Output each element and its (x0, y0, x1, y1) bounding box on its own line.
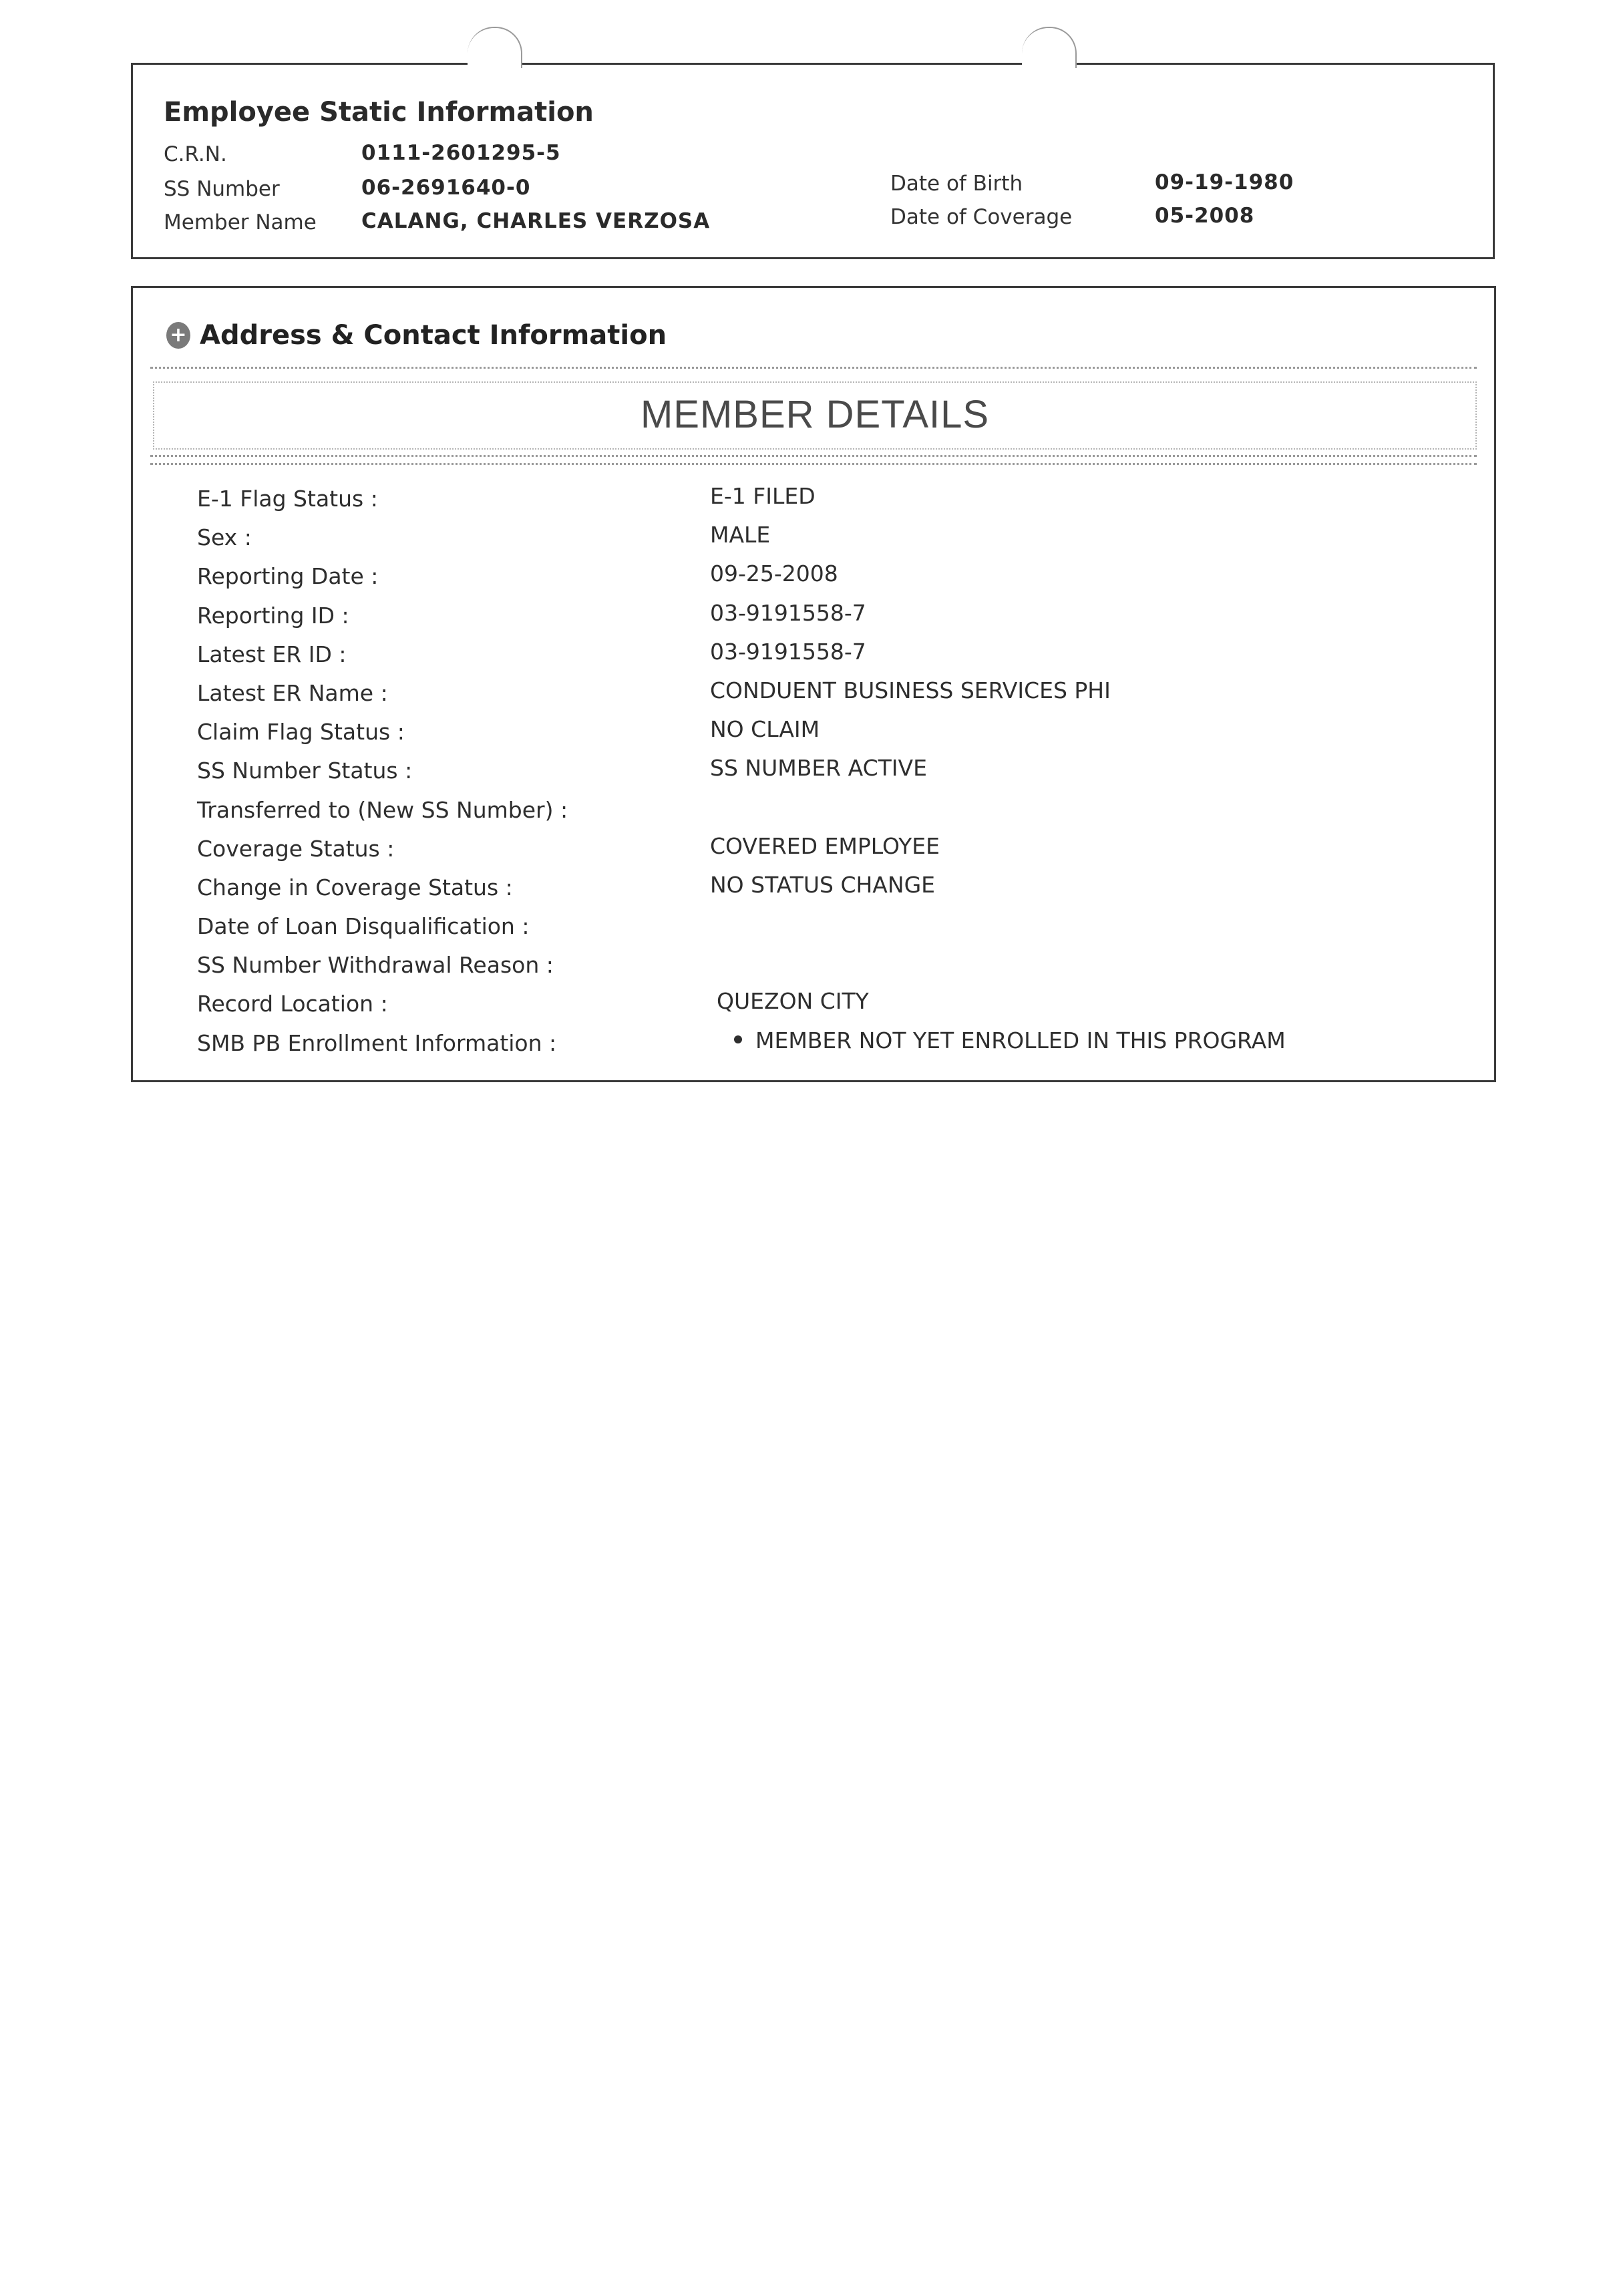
employee-static-panel: Employee Static Information C.R.N. 0111-… (131, 63, 1495, 259)
date-of-birth-label: Date of Birth (890, 172, 1023, 196)
member-name-label: Member Name (164, 210, 317, 234)
detail-label: Latest ER ID : (197, 641, 347, 667)
detail-value: E-1 FILED (710, 483, 816, 509)
detail-row-ss-number-status: SS Number Status : SS NUMBER ACTIVE (197, 758, 1466, 796)
enrollment-bullet-text: MEMBER NOT YET ENROLLED IN THIS PROGRAM (755, 1027, 1286, 1053)
enrollment-bullet-item: MEMBER NOT YET ENROLLED IN THIS PROGRAM (734, 1027, 1286, 1053)
detail-label: SS Number Withdrawal Reason : (197, 952, 554, 978)
plus-circle-icon[interactable]: + (166, 322, 190, 349)
detail-label: Change in Coverage Status : (197, 874, 513, 900)
ss-number-value: 06-2691640-0 (361, 176, 530, 200)
punch-hole-mark (1022, 27, 1077, 68)
detail-value: 03-9191558-7 (710, 639, 866, 665)
punch-hole-mark (468, 27, 522, 68)
detail-label: Record Location : (197, 991, 388, 1017)
detail-row-latest-er-id: Latest ER ID : 03-9191558-7 (197, 641, 1466, 680)
crn-value: 0111-2601295-5 (361, 141, 561, 165)
divider (150, 455, 1477, 457)
detail-row-latest-er-name: Latest ER Name : CONDUENT BUSINESS SERVI… (197, 680, 1466, 719)
address-contact-panel: + Address & Contact Information MEMBER D… (131, 286, 1496, 1082)
detail-row-transferred-to: Transferred to (New SS Number) : (197, 797, 1466, 836)
detail-row-change-in-coverage-status: Change in Coverage Status : NO STATUS CH… (197, 874, 1466, 913)
divider (150, 367, 1477, 369)
detail-row-e1-flag-status: E-1 Flag Status : E-1 FILED (197, 486, 1466, 524)
detail-value: 09-25-2008 (710, 560, 838, 587)
detail-value: CONDUENT BUSINESS SERVICES PHI (710, 677, 1111, 703)
crn-label: C.R.N. (164, 142, 227, 166)
detail-label: Claim Flag Status : (197, 719, 405, 745)
detail-row-sex: Sex : MALE (197, 524, 1466, 563)
divider (150, 463, 1477, 465)
detail-value: NO STATUS CHANGE (710, 872, 935, 898)
detail-row-reporting-date: Reporting Date : 09-25-2008 (197, 563, 1466, 602)
bullet-icon (734, 1035, 742, 1043)
detail-value: 03-9191558-7 (710, 600, 866, 626)
detail-row-date-of-loan-disqualification: Date of Loan Disqualification : (197, 913, 1466, 952)
detail-row-claim-flag-status: Claim Flag Status : NO CLAIM (197, 719, 1466, 758)
detail-row-ss-number-withdrawal-reason: SS Number Withdrawal Reason : (197, 952, 1466, 991)
date-of-coverage-value: 05-2008 (1155, 204, 1254, 228)
detail-value: QUEZON CITY (717, 988, 869, 1014)
detail-label: SS Number Status : (197, 758, 412, 784)
member-name-value: CALANG, CHARLES VERZOSA (361, 209, 710, 233)
detail-row-coverage-status: Coverage Status : COVERED EMPLOYEE (197, 836, 1466, 874)
detail-value: SS NUMBER ACTIVE (710, 755, 927, 781)
date-of-coverage-label: Date of Coverage (890, 205, 1072, 229)
detail-value: NO CLAIM (710, 716, 820, 742)
detail-label: Coverage Status : (197, 836, 394, 862)
member-details-list: E-1 Flag Status : E-1 FILED Sex : MALE R… (197, 486, 1466, 1069)
detail-label: Reporting ID : (197, 603, 349, 629)
ss-number-label: SS Number (164, 177, 280, 201)
detail-label: Sex : (197, 524, 252, 550)
employee-static-title: Employee Static Information (164, 97, 594, 128)
detail-label: Latest ER Name : (197, 680, 388, 706)
member-details-heading-box: MEMBER DETAILS (153, 381, 1477, 450)
date-of-birth-value: 09-19-1980 (1155, 170, 1294, 194)
address-contact-header[interactable]: + Address & Contact Information (166, 320, 667, 351)
detail-value: COVERED EMPLOYEE (710, 833, 940, 859)
detail-label: E-1 Flag Status : (197, 486, 378, 512)
detail-row-record-location: Record Location : QUEZON CITY (197, 991, 1466, 1029)
detail-label: Date of Loan Disqualification : (197, 913, 529, 939)
detail-row-smb-pb-enrollment: SMB PB Enrollment Information : MEMBER N… (197, 1030, 1466, 1069)
detail-label: Transferred to (New SS Number) : (197, 797, 568, 823)
detail-row-reporting-id: Reporting ID : 03-9191558-7 (197, 603, 1466, 641)
detail-label: SMB PB Enrollment Information : (197, 1030, 556, 1056)
address-contact-title: Address & Contact Information (200, 320, 667, 351)
detail-label: Reporting Date : (197, 563, 378, 589)
detail-value: MALE (710, 522, 770, 548)
member-details-heading: MEMBER DETAILS (641, 392, 989, 437)
